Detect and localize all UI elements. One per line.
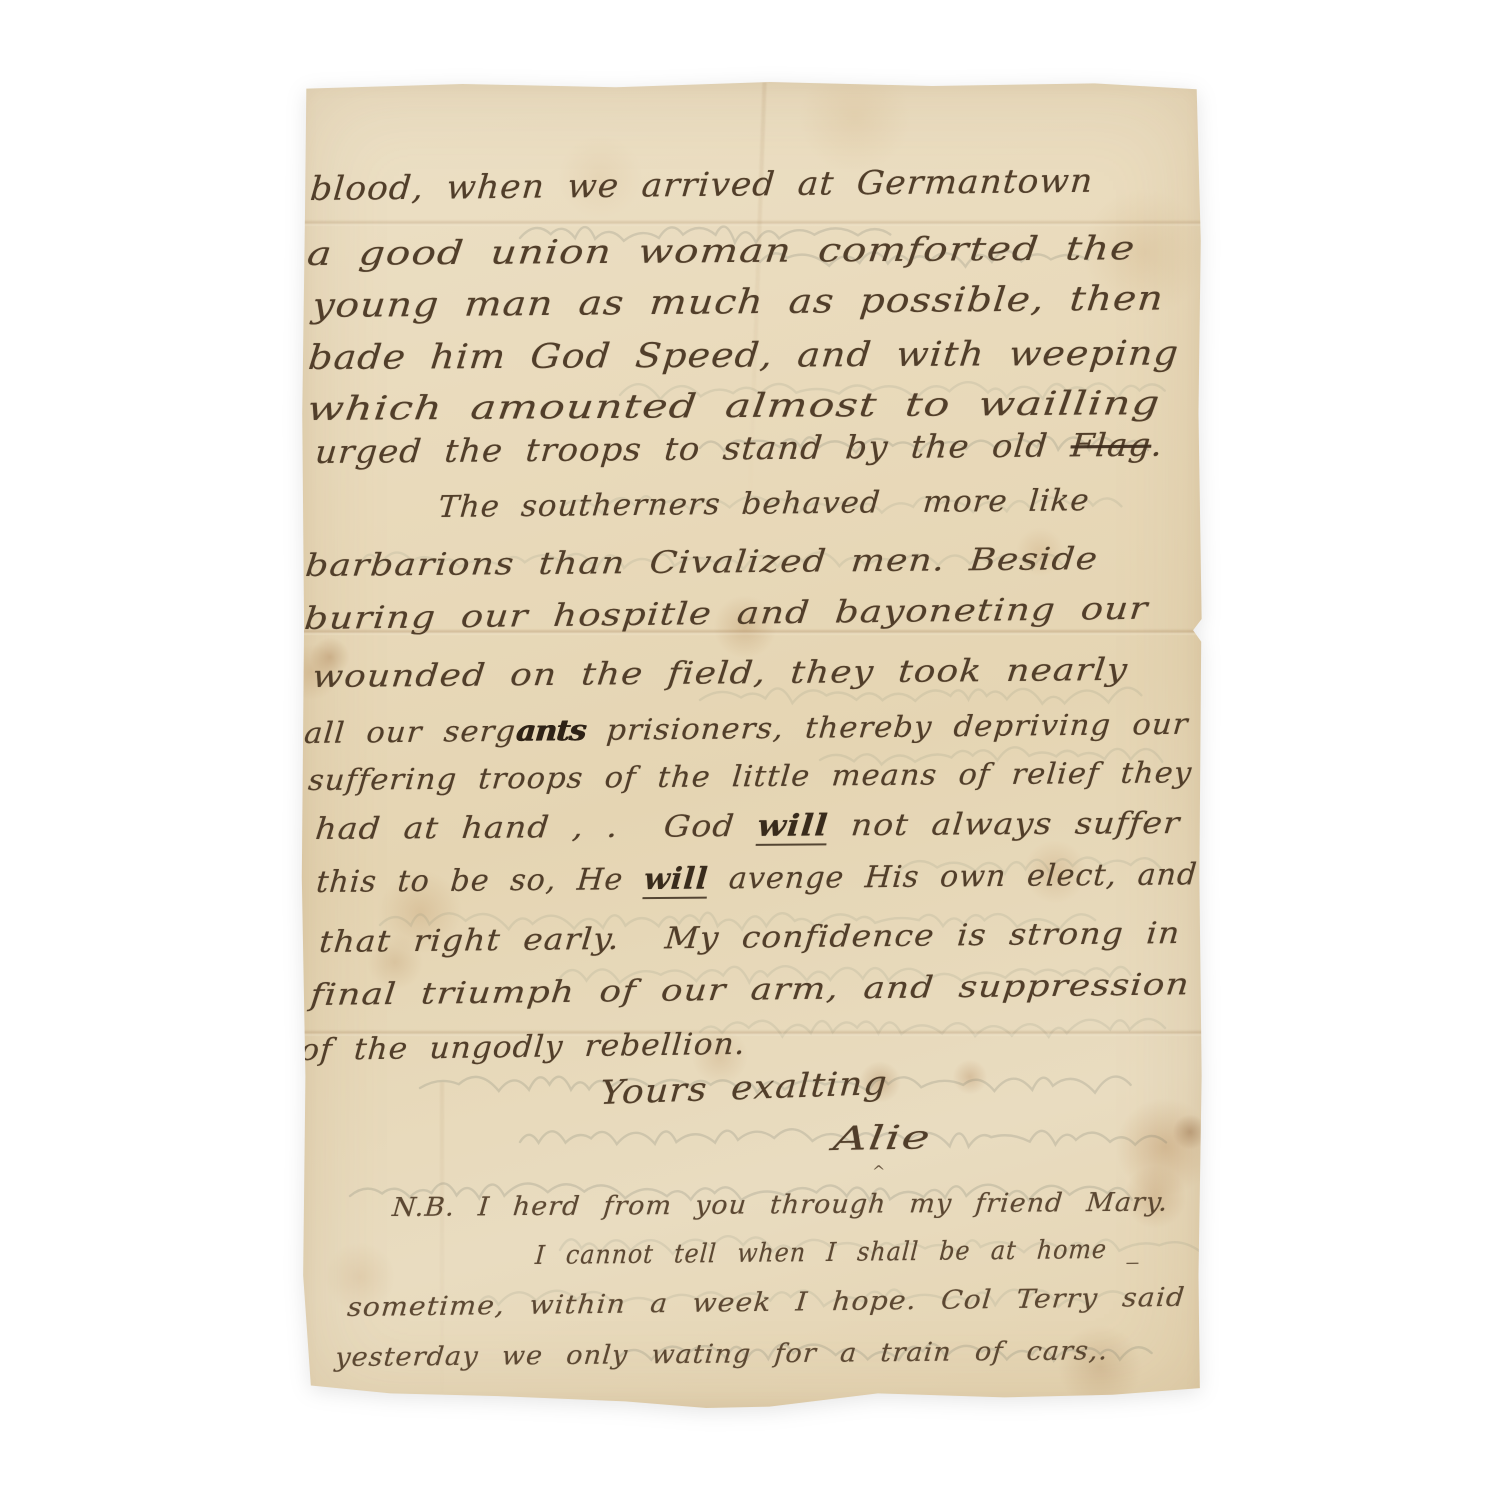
- letter-line: of the ungodly rebellion.: [299, 1026, 747, 1070]
- photo-background: blood, when we arrived at Germantowna go…: [0, 0, 1500, 1500]
- letter-paper-wrapper: blood, when we arrived at Germantowna go…: [300, 82, 1203, 1408]
- letter-line: N.B. I herd from you through my friend M…: [391, 1187, 1170, 1225]
- insertion-caret: ^: [872, 1162, 885, 1181]
- letter-line: which amounted almost to wailling: [305, 382, 1162, 429]
- letter-line: young man as much as possible, then: [310, 278, 1165, 328]
- letter-line: I cannot tell when I shall be at home _: [534, 1234, 1141, 1273]
- letter-line: barbarions than Civalized men. Beside: [304, 540, 1100, 586]
- letter-line: this to be so, He will avenge His own el…: [315, 856, 1199, 901]
- letter-line: Alie: [831, 1116, 933, 1159]
- letter-line: that right early. My confidence is stron…: [318, 915, 1182, 962]
- letter-line: blood, when we arrived at Germantown: [309, 160, 1095, 209]
- letter-line: bade him God Speed, and with weeping: [306, 332, 1180, 379]
- letter-line: final triumph of our arm, and suppressio…: [309, 966, 1192, 1014]
- letter-line: sometime, within a week I hope. Col Terr…: [346, 1282, 1187, 1325]
- letter-line: all our sergants prisioners, thereby dep…: [303, 706, 1190, 752]
- letter-line: a good union woman comforted the: [305, 227, 1137, 274]
- letter-line: Yours exalting: [599, 1062, 889, 1113]
- letter-line: wounded on the field, they took nearly: [311, 651, 1130, 697]
- letter-line: urged the troops to stand by the old Fla…: [314, 425, 1165, 472]
- letter-text-layer: blood, when we arrived at Germantowna go…: [300, 82, 1203, 1408]
- letter-line: had at hand , . God will not always suff…: [314, 805, 1182, 849]
- letter-line: suffering troops of the little means of …: [307, 754, 1194, 798]
- letter-paper: blood, when we arrived at Germantowna go…: [300, 82, 1203, 1408]
- letter-line: yesterday we only wating for a train of …: [334, 1335, 1110, 1374]
- letter-line: The southerners behaved more like: [437, 482, 1091, 526]
- letter-line: buring our hospitle and bayoneting our: [303, 590, 1150, 639]
